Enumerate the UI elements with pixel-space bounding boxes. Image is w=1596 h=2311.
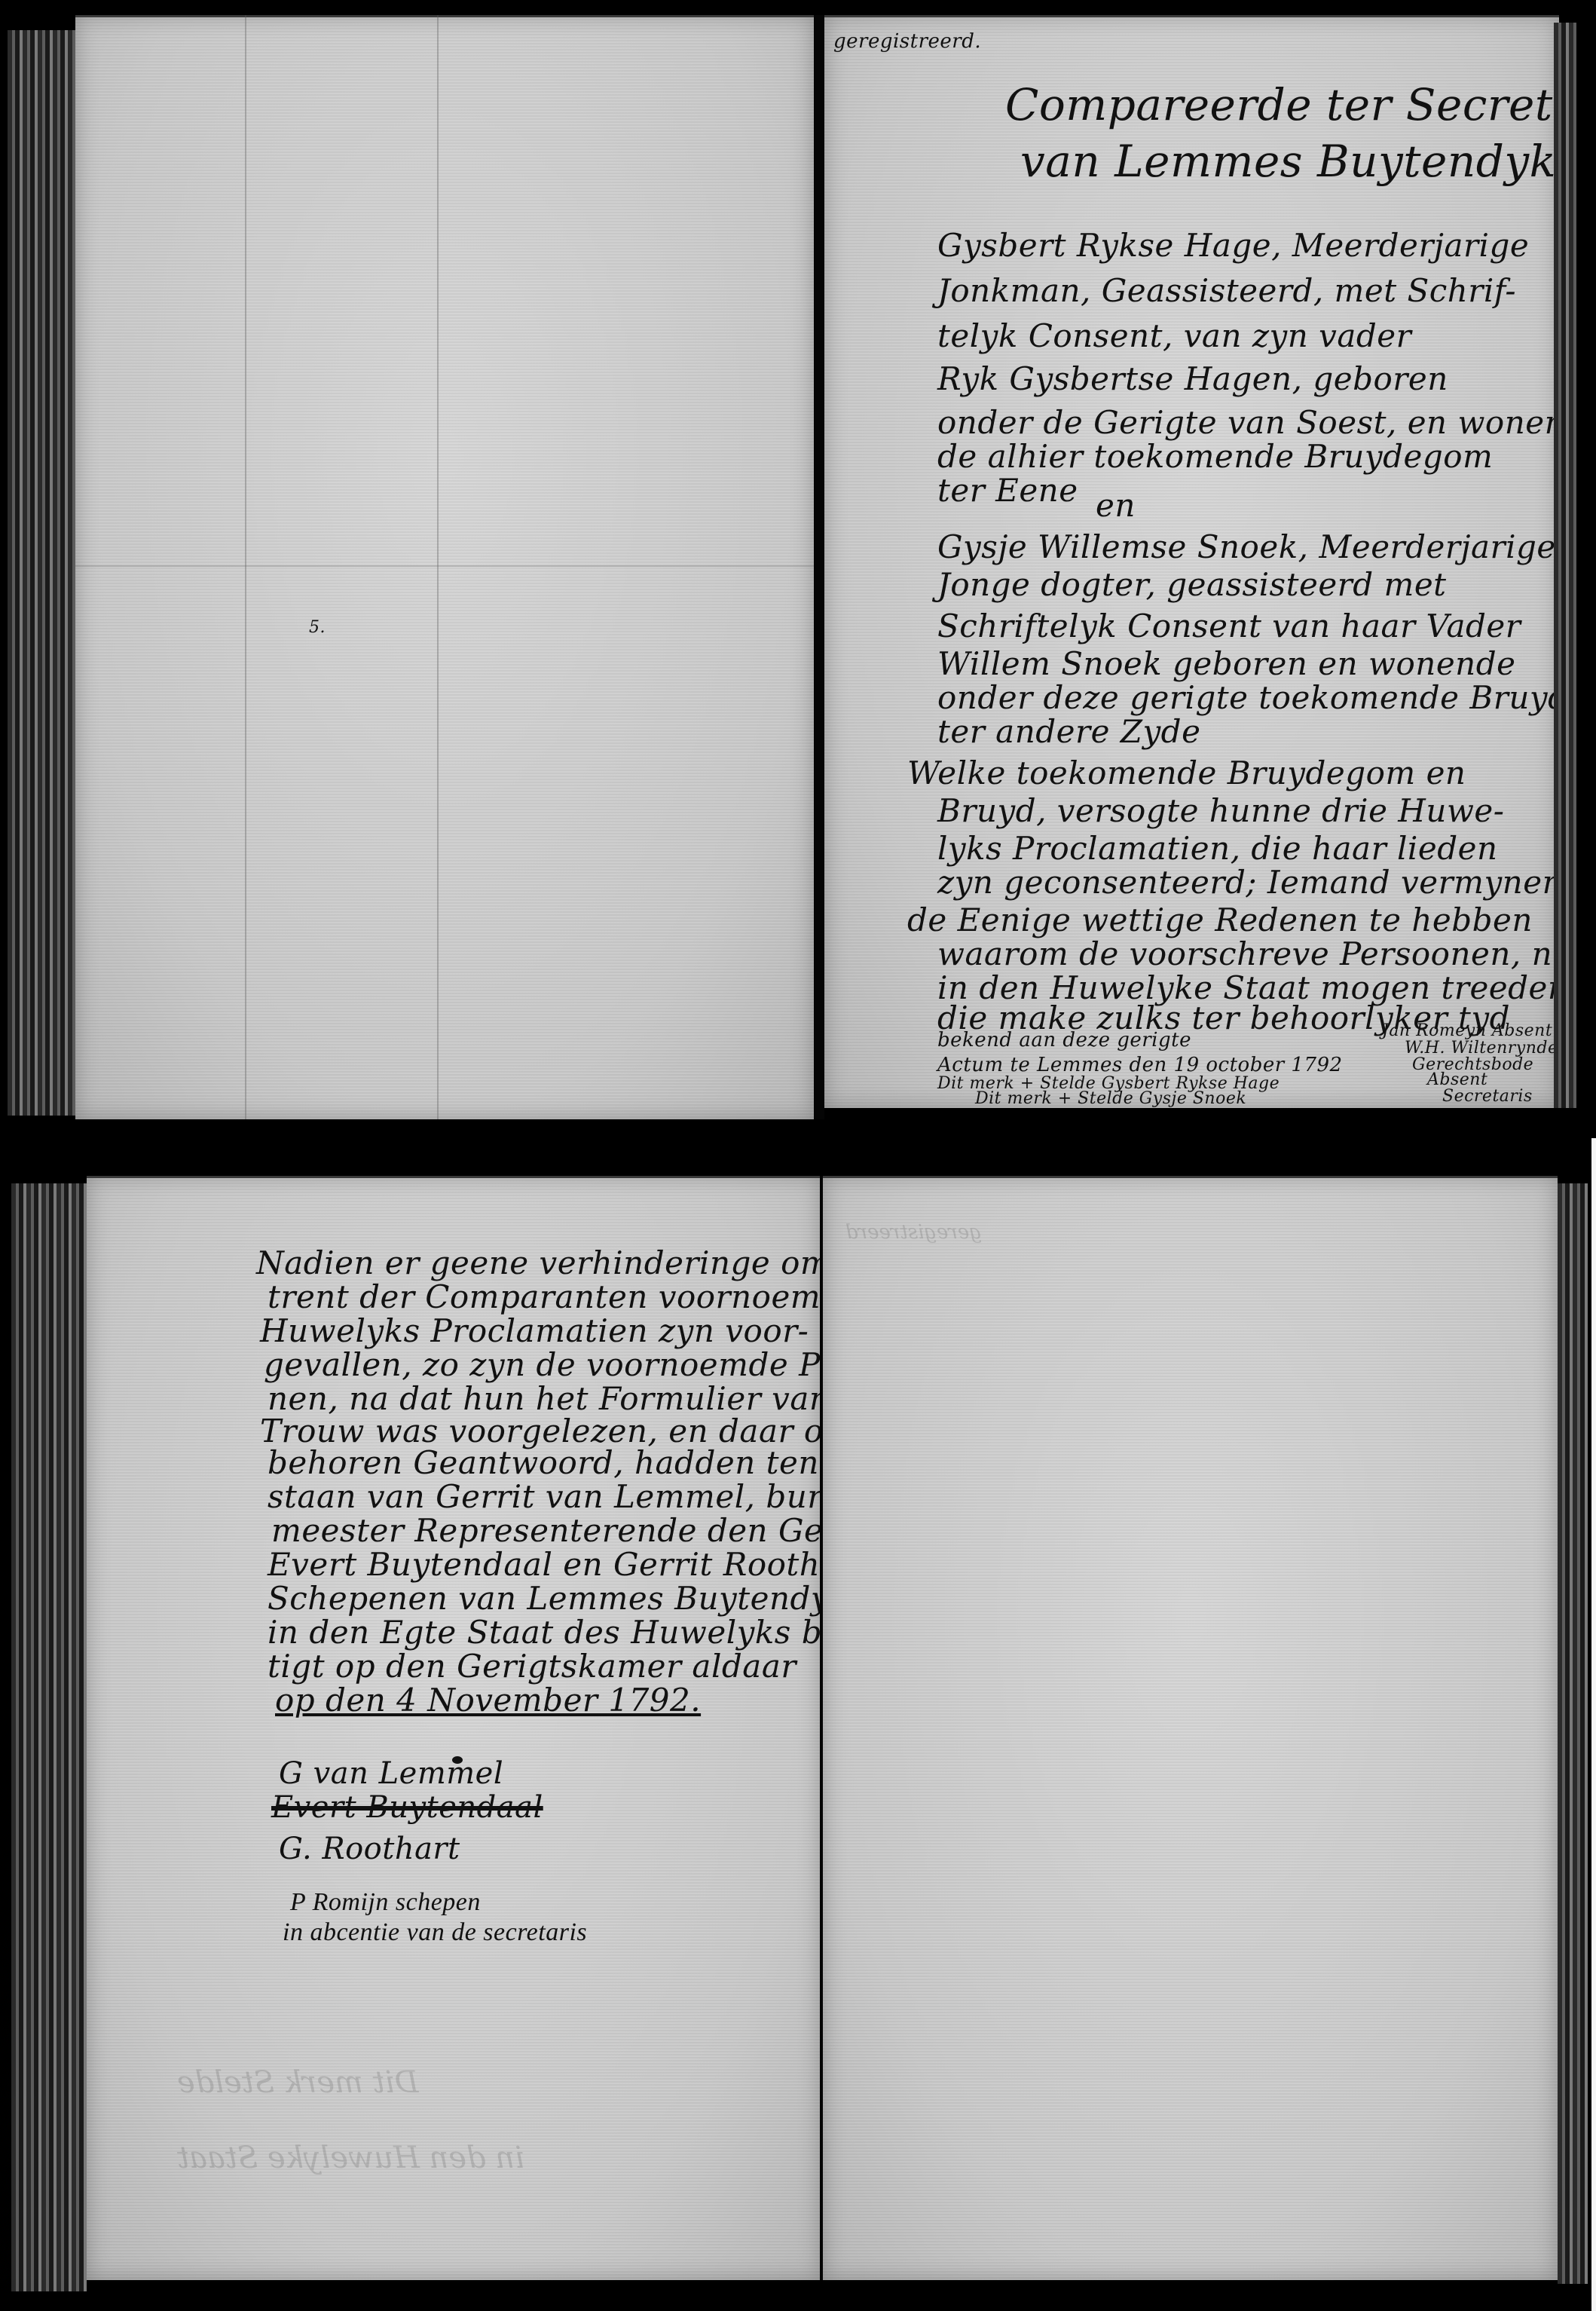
bride-mark: Dit merk + Stelde Gysje Snoek xyxy=(975,1089,1246,1108)
text-line: Nadien er geene verhinderinge om- xyxy=(256,1247,821,1279)
text-line: Bruyd, versogte hunne drie Huwe- xyxy=(937,795,1504,827)
bottom-spread: Dit merk Stelde in den Huwelyke Staat Na… xyxy=(0,1153,1596,2311)
fold-line xyxy=(75,565,814,567)
clerk-remark: in abcentie van de secretaris xyxy=(283,1918,587,1947)
text-line: Evert Buytendaal en Gerrit Roothart xyxy=(268,1549,821,1581)
text-line: Gysje Willemse Snoek, Meerderjarige xyxy=(937,531,1556,563)
text-line: Jonkman, Geassisteerd, met Schrif- xyxy=(937,275,1516,307)
top-right-page-edges xyxy=(1554,23,1576,1108)
gutter xyxy=(814,15,824,1119)
clerk-signature: P Romijn schepen xyxy=(290,1888,481,1917)
text-line: Schepenen van Lemmes Buytendyk, xyxy=(268,1583,821,1615)
text-line: ter andere Zyde xyxy=(937,716,1200,748)
text-line: behoren Geantwoord, hadden ten over- xyxy=(268,1447,821,1479)
fold-line xyxy=(245,15,246,1119)
signature: Evert Buytendaal xyxy=(271,1790,543,1825)
text-line: onder de Gerigte van Soest, en wonen- xyxy=(937,407,1559,439)
text-line: Schriftelyk Consent van haar Vader xyxy=(937,611,1521,642)
text-line: Jonge dogter, geassisteerd met xyxy=(937,569,1447,601)
margin-note-registered: geregistreerd. xyxy=(833,30,981,53)
text-line: nen, na dat hun het Formulier van xyxy=(268,1383,821,1415)
text-line: zyn geconsenteerd; Iemand vermynen- xyxy=(937,867,1559,898)
text-line: Trouw was voorgelezen, en daar op na xyxy=(260,1416,821,1447)
text-line: meester Representerende den Gerecht xyxy=(271,1515,821,1547)
text-line: lyks Proclamatien, die haar lieden xyxy=(937,833,1498,865)
ink-blot xyxy=(452,1756,463,1764)
text-line: Willem Snoek geboren en wonende xyxy=(937,648,1515,680)
text-line: in den Egte Staat des Huwelyks beves- xyxy=(268,1617,821,1648)
top-spread: 5. geregistreerd. Compareerde ter Secret… xyxy=(0,0,1596,1131)
official-note: Jan Romeyn Absent xyxy=(1382,1021,1552,1040)
text-line: de alhier toekomende Bruydegom xyxy=(937,441,1493,473)
heading-line: van Lemmes Buytendyk xyxy=(1020,136,1556,187)
bottom-right-page-edges xyxy=(1558,1183,1588,2284)
text-line: Ryk Gysbertse Hagen, geboren xyxy=(937,363,1448,395)
text-line: waarom de voorschreve Persoonen, niet xyxy=(937,938,1559,970)
date-line: op den 4 November 1792. xyxy=(275,1685,701,1716)
official-note: Secretaris xyxy=(1442,1087,1533,1106)
bottom-left-page: Dit merk Stelde in den Huwelyke Staat Na… xyxy=(87,1176,821,2280)
conjunction: en xyxy=(1096,490,1136,522)
text-line: bekend aan deze gerigte xyxy=(937,1029,1191,1051)
text-line: tigt op den Gerigtskamer aldaar xyxy=(268,1651,796,1682)
text-line: ter Eene xyxy=(937,475,1078,507)
top-right-page: geregistreerd. Compareerde ter Secretary… xyxy=(824,15,1559,1108)
text-line: trent der Comparanten voornoemde xyxy=(268,1281,821,1313)
text-line: Huwelyks Proclamatien zyn voor- xyxy=(260,1315,809,1347)
top-left-page: 5. xyxy=(75,15,814,1119)
actum-line: Actum te Lemmes den 19 october 1792 xyxy=(937,1054,1343,1076)
text-line: gevallen, zo zyn de voornoemde Perso- xyxy=(264,1349,821,1381)
page-mark: 5. xyxy=(309,618,326,637)
signature: G. Roothart xyxy=(279,1832,460,1866)
bleed-through: geregistreerd xyxy=(845,1221,982,1244)
bottom-right-page: geregistreerd xyxy=(823,1176,1558,2280)
text-line: de Eenige wettige Redenen te hebben xyxy=(907,905,1533,936)
bleed-through: in den Huwelyke Staat xyxy=(177,2141,524,2175)
fold-line xyxy=(437,15,439,1119)
scan-edge-strip xyxy=(1591,1138,1596,2311)
heading-line: Compareerde ter Secretary xyxy=(1005,79,1559,130)
top-left-page-edges xyxy=(8,30,79,1116)
bottom-left-page-edges xyxy=(11,1183,87,2291)
bleed-through: Dit merk Stelde xyxy=(177,2065,419,2100)
text-line: Welke toekomende Bruydegom en xyxy=(907,758,1466,789)
text-line: staan van Gerrit van Lemmel, burge- xyxy=(268,1481,821,1513)
signature: G van Lemmel xyxy=(279,1756,503,1791)
text-line: Gysbert Rykse Hage, Meerderjarige xyxy=(937,230,1529,262)
text-line: onder deze gerigte toekomende Bruyd xyxy=(937,682,1559,714)
text-line: telyk Consent, van zyn vader xyxy=(937,320,1411,352)
